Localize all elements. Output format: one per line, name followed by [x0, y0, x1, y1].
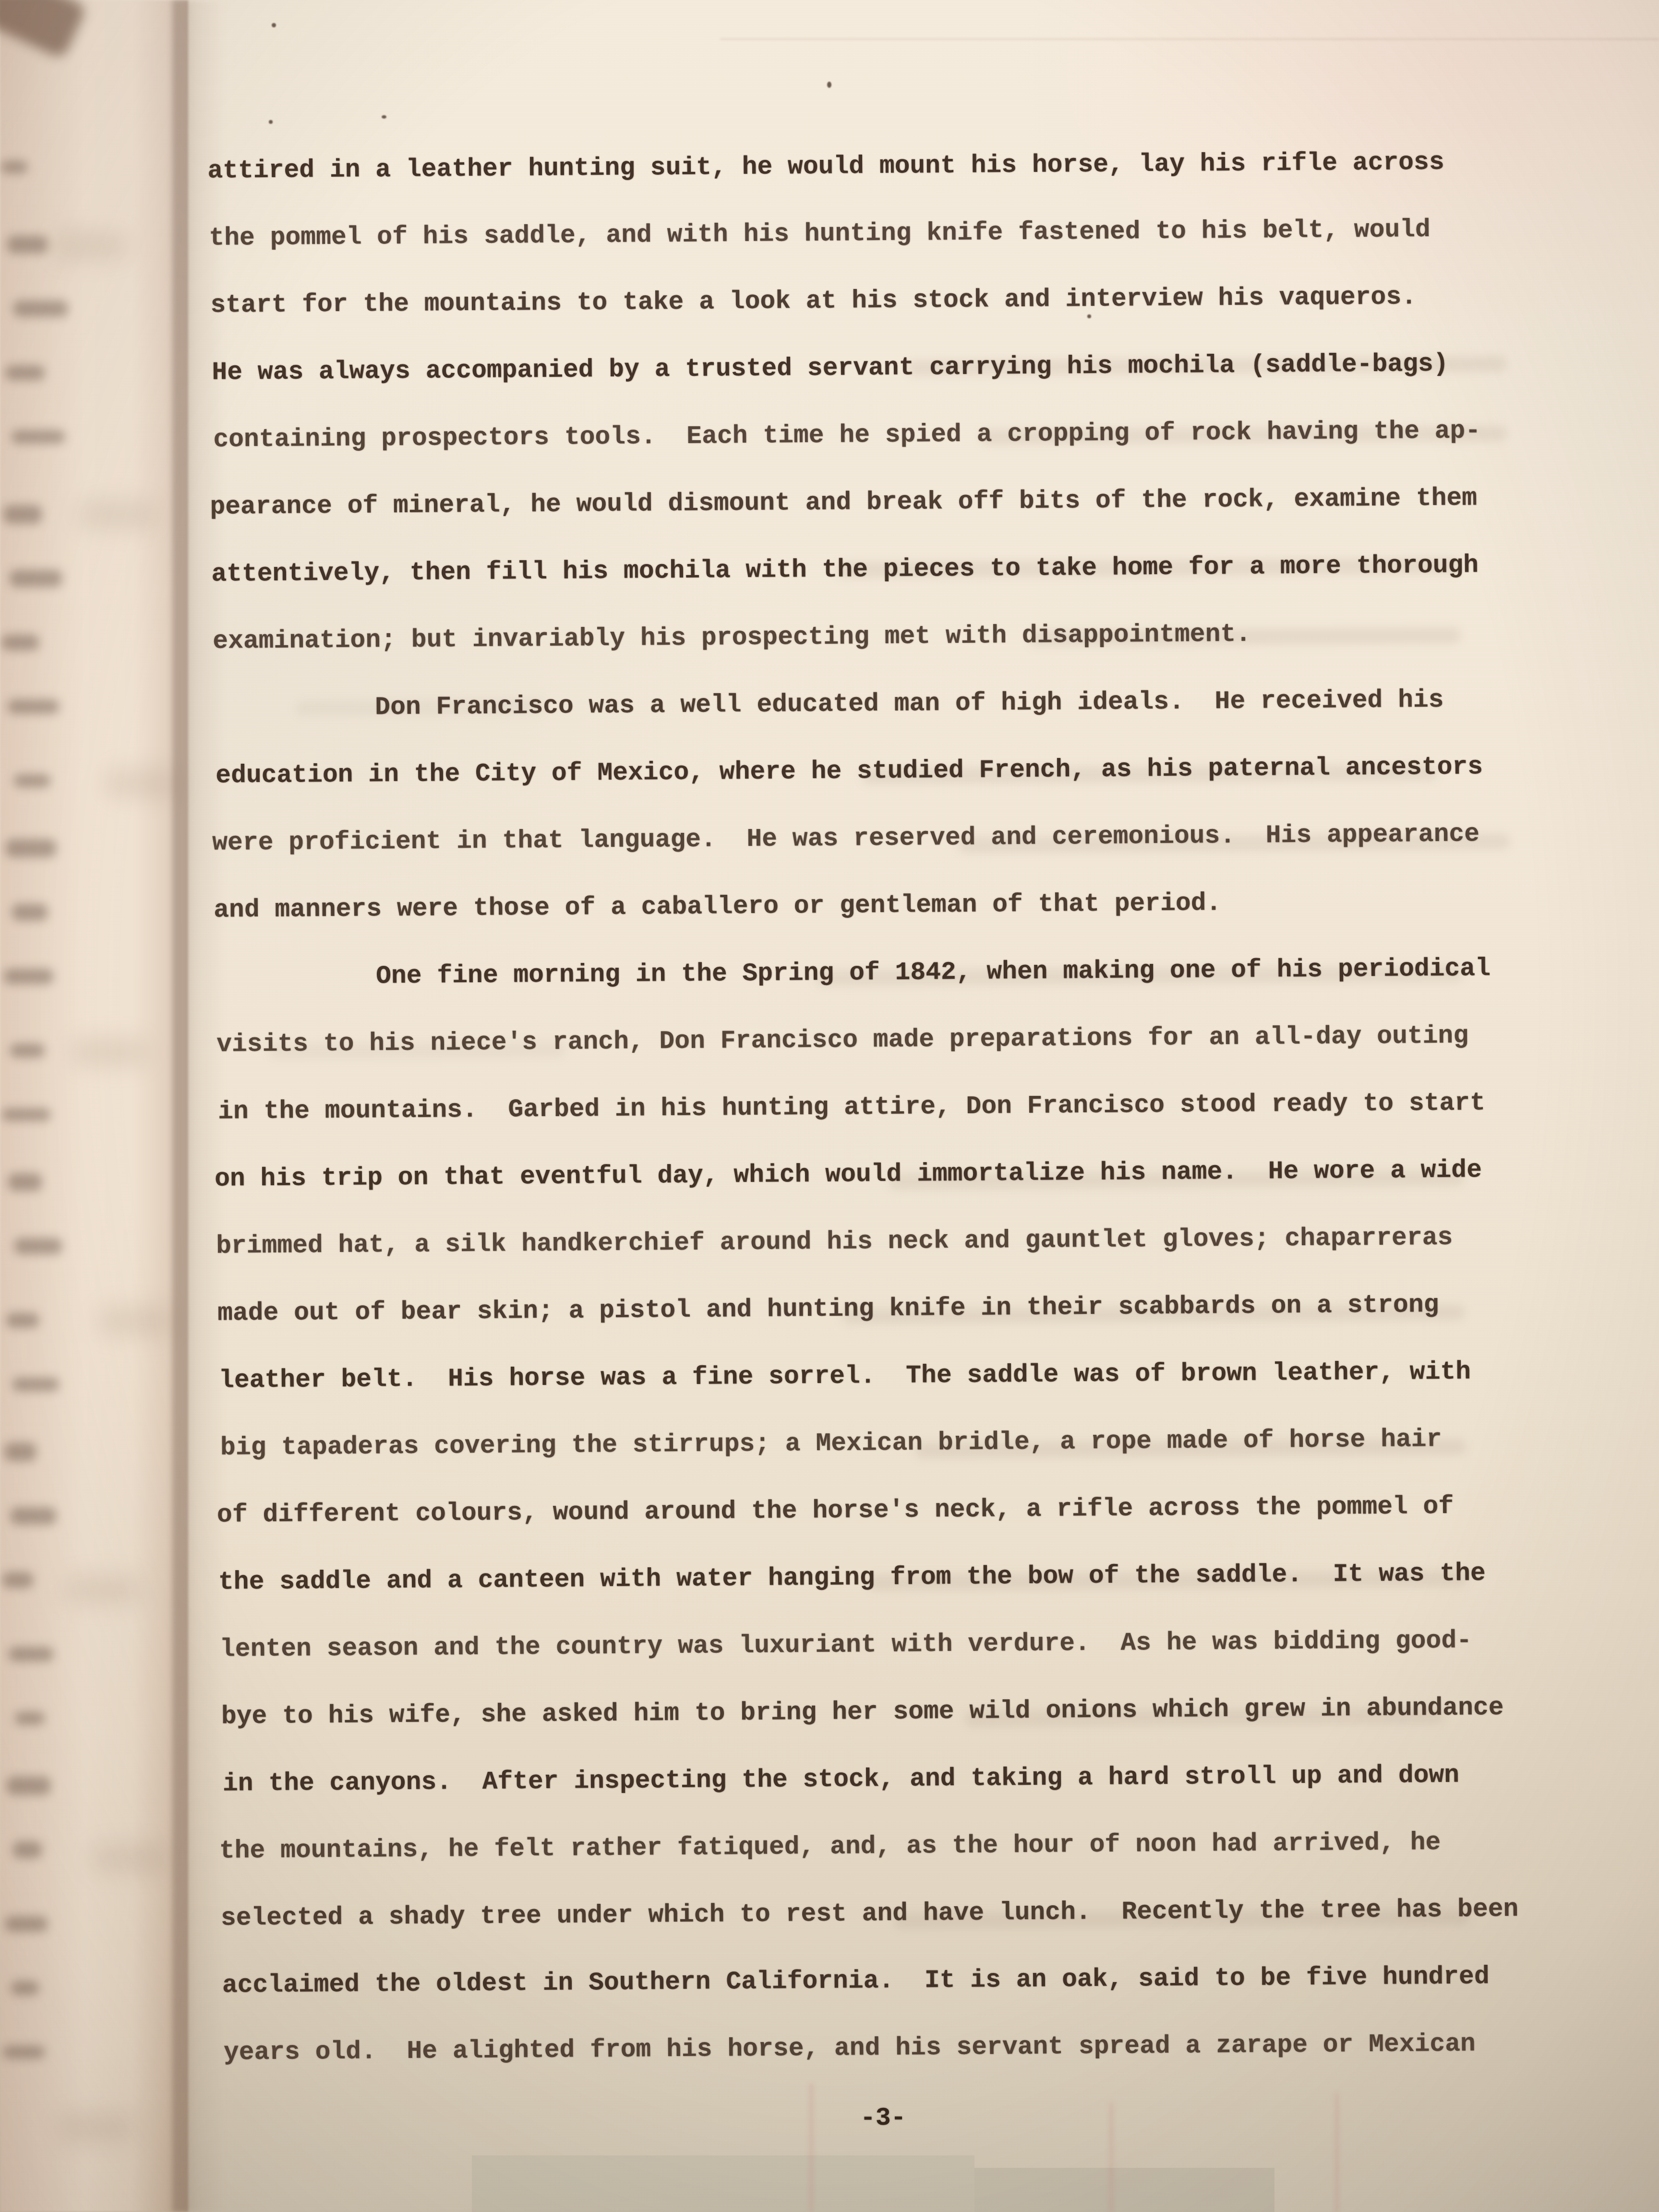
scanned-page: attired in a leather hunting suit, he wo…	[0, 0, 1659, 2212]
scan-vignette	[0, 0, 1659, 2212]
